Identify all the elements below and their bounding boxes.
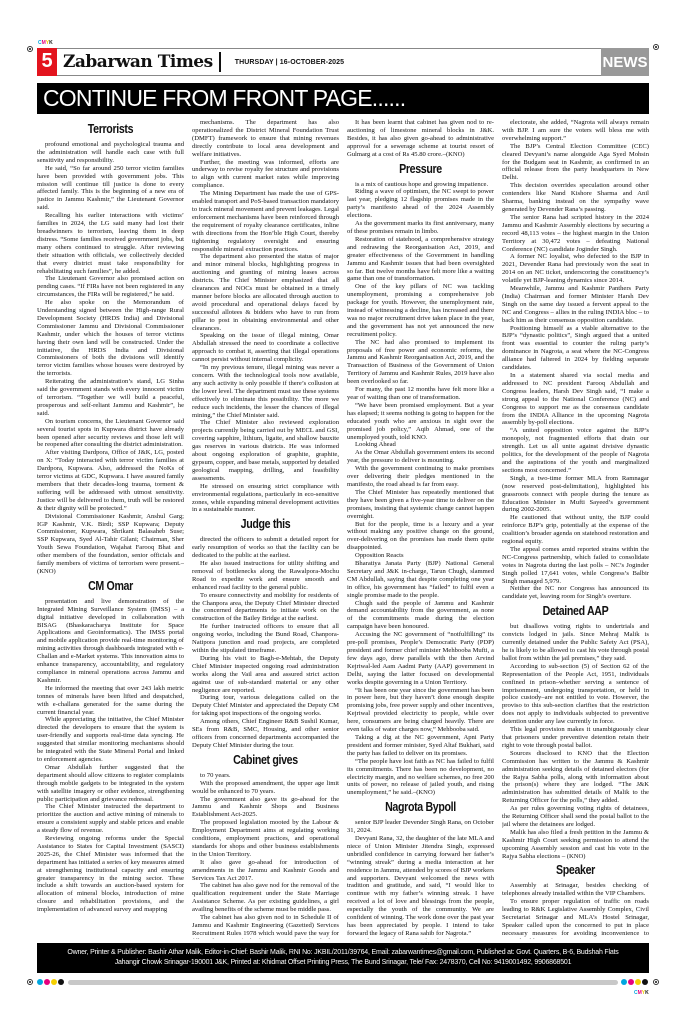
registration-mark-icon — [27, 46, 33, 52]
article-paragraph: electorate, she added, “Nagrota will alw… — [502, 119, 649, 143]
article-paragraph: As the Omar Abdullah government enters i… — [347, 449, 494, 465]
cmyk-print-label-top: CMYK — [38, 40, 53, 46]
page-number: 5 — [37, 48, 57, 76]
article-paragraph: This decision overrides speculation arou… — [502, 182, 649, 214]
article-paragraph: Taking a dig at the NC government, Apni … — [347, 734, 494, 758]
article-paragraph: Recalling his earlier interactions with … — [37, 212, 184, 275]
article-paragraph: Devyani Rana, 32, the daughter of the la… — [347, 835, 494, 938]
article-paragraph: Neither the NC nor Congress has announce… — [502, 585, 649, 601]
article-paragraph: Emphasising the enduring bond with the — [347, 938, 494, 939]
article-paragraph: Positioning himself as a viable alternat… — [502, 325, 649, 372]
article-paragraph: but disallows voting rights to undertria… — [502, 623, 649, 663]
article-paragraph: During tour, various delegations called … — [192, 694, 339, 718]
article-paragraph: Looking Ahead — [347, 441, 494, 449]
article-headline: Nagrota Bypoll — [358, 800, 483, 815]
article-paragraph: is a mix of cautious hope and growing im… — [347, 181, 494, 189]
article-paragraph: In a statement shared via social media a… — [502, 372, 649, 427]
article-paragraph: “The people have lost faith as NC has fa… — [347, 758, 494, 798]
article-paragraph: The cabinet has also gave nod for the re… — [192, 882, 339, 914]
article-paragraph: presentation and live demonstration of t… — [37, 598, 184, 685]
article-headline: CM Omar — [48, 579, 173, 594]
yellow-swatch-icon — [51, 979, 57, 985]
article-headline: Pressure — [358, 162, 483, 177]
registration-mark-icon — [653, 44, 659, 50]
article-paragraph: The Chief Minister has repeatedly mentio… — [347, 489, 494, 521]
article-paragraph: To ensure proper regulation of traffic o… — [502, 898, 649, 939]
article-columns: Terroristsprofound emotional and psychol… — [37, 119, 649, 939]
issue-date: THURSDAY | 16-OCTOBER-2025 — [235, 59, 344, 66]
article-headline: Terrorists — [48, 122, 173, 137]
article-paragraph: to 70 years. — [192, 772, 339, 780]
article-paragraph: After visiting Dardpora, Office of J&K, … — [37, 449, 184, 512]
article-paragraph: He informed the meeting that over 243 la… — [37, 685, 184, 717]
article-paragraph: He stressed on ensuring strict complianc… — [192, 483, 339, 515]
column-3: It has been learnt that cabinet has give… — [347, 119, 494, 939]
article-paragraph: The Chief Minister instructed the depart… — [37, 803, 184, 835]
article-headline: Judge this — [203, 517, 328, 532]
article-paragraph: Restoration of statehood, a comprehensiv… — [347, 236, 494, 283]
column-1: Terroristsprofound emotional and psychol… — [37, 119, 184, 939]
black-swatch-icon — [642, 979, 648, 985]
magenta-swatch-icon — [44, 979, 50, 985]
article-paragraph: Malik has also filed a fresh petition in… — [502, 829, 649, 861]
article-paragraph: While appreciating the initiative, the C… — [37, 716, 184, 763]
article-paragraph: Among others, Chief Engineer R&B Sushil … — [192, 718, 339, 750]
article-paragraph: He further instructed officers to ensure… — [192, 623, 339, 655]
registration-mark-icon — [27, 979, 33, 985]
article-paragraph: On tourism concerns, the Lieutenant Gove… — [37, 418, 184, 450]
article-paragraph: senior BJP leader Devender Singh Rana, o… — [347, 819, 494, 835]
article-paragraph: Sources disclosed to KNO that the Electi… — [502, 750, 649, 805]
article-paragraph: The Chief Minister also reviewed explora… — [192, 419, 339, 482]
article-paragraph: As the government marks its first annive… — [347, 220, 494, 236]
article-paragraph: Omar Abdullah further suggested that the… — [37, 764, 184, 804]
article-paragraph: He also issued instructions for utility … — [192, 560, 339, 592]
article-paragraph: Singh, a two-time former MLA from Ramnag… — [502, 475, 649, 515]
article-paragraph: The government also gave its go-ahead fo… — [192, 796, 339, 820]
article-paragraph: This legal provision makes it unambiguou… — [502, 726, 649, 750]
article-paragraph: directed the officers to submit a detail… — [192, 536, 339, 560]
article-paragraph: mechanisms. The department has also oper… — [192, 119, 339, 159]
article-headline: Speaker — [513, 863, 638, 878]
cyan-swatch-icon — [621, 979, 627, 985]
article-paragraph: With the proposed amendment, the upper a… — [192, 780, 339, 796]
article-paragraph: For many, the past 12 months have felt m… — [347, 386, 494, 402]
article-paragraph: It also gave go-ahead for introduction o… — [192, 859, 339, 883]
imprint-line-2: Jahangir Chowk Srinagar-190001 J&K, Prin… — [37, 958, 649, 968]
article-paragraph: Reiterating the administration’s stand, … — [37, 378, 184, 418]
article-paragraph: The senior Rana had scripted history in … — [502, 214, 649, 254]
article-paragraph: “A united opposition voice against the B… — [502, 427, 649, 474]
article-paragraph: The appeal comes amid reported strains w… — [502, 546, 649, 586]
magenta-swatch-icon — [628, 979, 634, 985]
article-headline: Cabinet gives — [203, 753, 328, 768]
imprint-footer: Owner, Printer & Publisher: Bashir Athar… — [37, 943, 649, 973]
article-paragraph: Chugh said the people of Jammu and Kashm… — [347, 600, 494, 632]
article-paragraph: During his visit to Bagh-e-Mehtab, the D… — [192, 655, 339, 695]
article-paragraph: The NC had also promised to implement it… — [347, 339, 494, 386]
article-paragraph: To ensure connectivity and mobility for … — [192, 592, 339, 624]
article-paragraph: The Mining Department has made the use o… — [192, 190, 339, 253]
yellow-swatch-icon — [635, 979, 641, 985]
article-paragraph: A former NC loyalist, who defected to th… — [502, 253, 649, 285]
article-paragraph: But for the people, time is a luxury and… — [347, 521, 494, 553]
article-paragraph: He said, “So far around 250 terror victi… — [37, 165, 184, 212]
article-paragraph: As per rules governing voting rights of … — [502, 805, 649, 829]
imprint-line-1: Owner, Printer & Publisher: Bashir Athar… — [37, 948, 649, 958]
section-tag: NEWS — [601, 48, 649, 76]
article-paragraph: He cautioned that without unity, the BJP… — [502, 514, 649, 546]
article-headline: Detained AAP — [513, 604, 638, 619]
article-paragraph: Speaking on the issue of illegal mining,… — [192, 332, 339, 364]
article-paragraph: Opposition Reacts — [347, 552, 494, 560]
cmyk-print-label-bottom: CMYK — [634, 990, 649, 996]
column-2: mechanisms. The department has also oper… — [192, 119, 339, 939]
article-paragraph: The cabinet has also given nod to in Sch… — [192, 914, 339, 939]
article-paragraph: The Lieutenant Governor also promised ac… — [37, 275, 184, 299]
masthead: 5 Zabarwan Times THURSDAY | 16-OCTOBER-2… — [37, 48, 649, 76]
article-paragraph: With the government continuing to make p… — [347, 465, 494, 489]
black-swatch-icon — [58, 979, 64, 985]
gray-strip — [68, 980, 618, 985]
article-paragraph: profound emotional and psychological tra… — [37, 141, 184, 165]
article-paragraph: Meanwhile, Jammu and Kashmir Panthers Pa… — [502, 285, 649, 325]
article-paragraph: “In my previous tenure, illegal mining w… — [192, 364, 339, 419]
article-paragraph: It has been learnt that cabinet has give… — [347, 119, 494, 159]
paper-name: Zabarwan Times — [63, 52, 213, 72]
article-paragraph: One of the key pillars of NC was tacklin… — [347, 283, 494, 338]
article-paragraph: Divisional Commissioner Kashmir, Anshul … — [37, 513, 184, 576]
print-color-bar — [37, 978, 649, 986]
article-paragraph: Bharatiya Janata Party (BJP) National Ge… — [347, 560, 494, 600]
article-paragraph: “It has been one year since the governme… — [347, 687, 494, 734]
article-paragraph: Riding a wave of optimism, the NC swept … — [347, 188, 494, 220]
article-paragraph: The department also presented the status… — [192, 253, 339, 332]
article-paragraph: He also spoke on the Memorandum of Under… — [37, 299, 184, 378]
article-paragraph: Reviewing ongoing reforms under the Spec… — [37, 835, 184, 914]
column-4: electorate, she added, “Nagrota will alw… — [502, 119, 649, 939]
article-paragraph: “We have been promised employment. But a… — [347, 402, 494, 442]
article-paragraph: Accusing the NC government of “notfulfil… — [347, 631, 494, 686]
page-banner: CONTINUE FROM FRONT PAGE...... — [37, 83, 649, 114]
article-paragraph: The BJP’s Central Election Committee (CE… — [502, 143, 649, 183]
article-paragraph: According to sub-section (5) of Section … — [502, 663, 649, 726]
cyan-swatch-icon — [37, 979, 43, 985]
article-paragraph: Assembly at Srinagar, besides checking o… — [502, 882, 649, 898]
masthead-divider — [219, 52, 221, 72]
article-paragraph: Further, the meeting was informed, effor… — [192, 159, 339, 191]
registration-mark-icon — [653, 979, 659, 985]
article-paragraph: The proposed legislation mooted by the L… — [192, 819, 339, 859]
